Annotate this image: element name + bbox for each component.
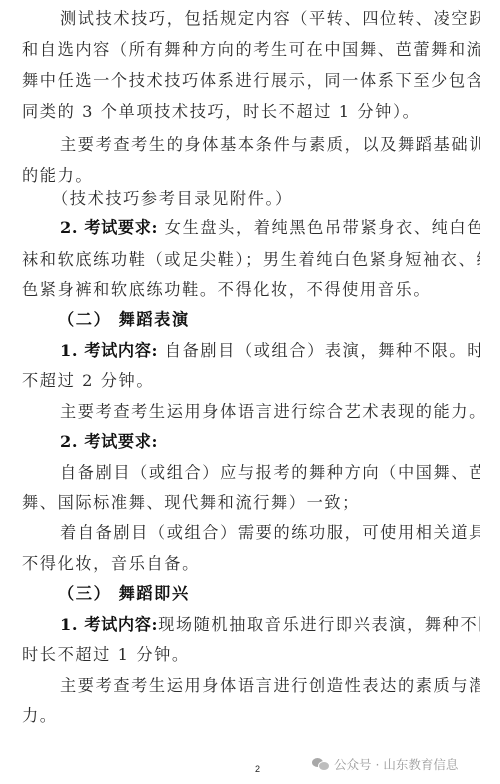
paragraph-line: 和自选内容（所有舞种方向的考生可在中国舞、芭蕾舞和流行 xyxy=(22,35,480,65)
paragraph-line: 不超过 2 分钟。 xyxy=(22,366,480,396)
heading-text: （二） 舞蹈表演 xyxy=(58,310,190,329)
line-text: 同类的 3 个单项技术技巧，时长不超过 1 分钟）。 xyxy=(22,102,420,121)
paragraph-line: 舞、国际标准舞、现代舞和流行舞）一致； xyxy=(22,488,480,518)
line-text: 不超过 2 分钟。 xyxy=(22,371,154,390)
line-text: 色紧身裤和软底练功鞋。不得化妆，不得使用音乐。 xyxy=(22,280,431,299)
paragraph-line: 主要考查考生运用身体语言进行创造性表达的素质与潜 xyxy=(22,671,480,701)
line-text: 舞中任选一个技术技巧体系进行展示，同一体系下至少包含不 xyxy=(22,71,480,90)
watermark-text: 公众号 · 山东教育信息 xyxy=(334,755,458,773)
line-text: 的能力。 xyxy=(22,166,93,185)
paragraph-line: 色紧身裤和软底练功鞋。不得化妆，不得使用音乐。 xyxy=(22,275,480,305)
paragraph-line: 时长不超过 1 分钟。 xyxy=(22,640,480,670)
page-number: 2 xyxy=(255,764,260,774)
line-text: 着自备剧目（或组合）需要的练功服，可使用相关道具； xyxy=(60,523,480,542)
paragraph-line: 测试技术技巧，包括规定内容（平转、四位转、凌空跃） xyxy=(22,4,480,34)
paragraph-line: 舞中任选一个技术技巧体系进行展示，同一体系下至少包含不 xyxy=(22,66,480,96)
line-text: 不得化妆，音乐自备。 xyxy=(22,554,200,573)
line-text: 测试技术技巧，包括规定内容（平转、四位转、凌空跃） xyxy=(60,9,480,28)
line-text: （技术技巧参考目录见附件。） xyxy=(52,189,293,208)
line-text: 女生盘头，着纯黑色吊带紧身衣、纯白色裤 xyxy=(158,218,480,237)
paragraph-line: 袜和软底练功鞋（或足尖鞋）；男生着纯白色紧身短袖衣、纯黑 xyxy=(22,245,480,275)
watermark: 公众号 · 山东教育信息 xyxy=(312,755,458,773)
paragraph-line: 自备剧目（或组合）应与报考的舞种方向（中国舞、芭蕾 xyxy=(22,458,480,488)
note-line: （技术技巧参考目录见附件。） xyxy=(22,184,480,214)
section-heading: （三） 舞蹈即兴 xyxy=(22,579,480,609)
line-text: 舞、国际标准舞、现代舞和流行舞）一致； xyxy=(22,493,360,512)
paragraph-line: 着自备剧目（或组合）需要的练功服，可使用相关道具； xyxy=(22,518,480,548)
line-text: 主要考查考生运用身体语言进行创造性表达的素质与潜 xyxy=(60,676,480,695)
requirement-line: 2. 考试要求: 女生盘头，着纯黑色吊带紧身衣、纯白色裤 xyxy=(22,213,480,243)
line-text: 力。 xyxy=(22,706,58,725)
paragraph-line: 主要考查考生运用身体语言进行综合艺术表现的能力。 xyxy=(22,397,480,427)
line-text: 袜和软底练功鞋（或足尖鞋）；男生着纯白色紧身短袖衣、纯黑 xyxy=(22,250,480,269)
section-label: 1. 考试内容: xyxy=(60,615,158,634)
requirement-line: 1. 考试内容: 自备剧目（或组合）表演，舞种不限。时长 xyxy=(22,336,480,366)
requirement-line: 2. 考试要求: xyxy=(22,427,480,457)
paragraph-line: 不得化妆，音乐自备。 xyxy=(22,549,480,579)
paragraph-line: 同类的 3 个单项技术技巧，时长不超过 1 分钟）。 xyxy=(22,97,480,127)
paragraph-line: 力。 xyxy=(22,701,480,731)
section-label: 2. 考试要求: xyxy=(60,218,158,237)
line-text: 主要考查考生的身体基本条件与素质，以及舞蹈基础训练 xyxy=(60,135,480,154)
line-text: 自备剧目（或组合）应与报考的舞种方向（中国舞、芭蕾 xyxy=(60,463,480,482)
requirement-line: 1. 考试内容:现场随机抽取音乐进行即兴表演，舞种不限。 xyxy=(22,610,480,640)
wechat-icon xyxy=(312,757,330,771)
line-text: 自备剧目（或组合）表演，舞种不限。时长 xyxy=(158,341,480,360)
line-text: 和自选内容（所有舞种方向的考生可在中国舞、芭蕾舞和流行 xyxy=(22,40,480,59)
line-text: 现场随机抽取音乐进行即兴表演，舞种不限。 xyxy=(158,615,480,634)
line-text: 时长不超过 1 分钟。 xyxy=(22,645,190,664)
line-text: 主要考查考生运用身体语言进行综合艺术表现的能力。 xyxy=(60,402,480,421)
section-label: 1. 考试内容: xyxy=(60,341,158,360)
heading-text: （三） 舞蹈即兴 xyxy=(58,584,190,603)
section-label: 2. 考试要求: xyxy=(60,432,158,451)
paragraph-line: 主要考查考生的身体基本条件与素质，以及舞蹈基础训练 xyxy=(22,130,480,160)
section-heading: （二） 舞蹈表演 xyxy=(22,305,480,335)
